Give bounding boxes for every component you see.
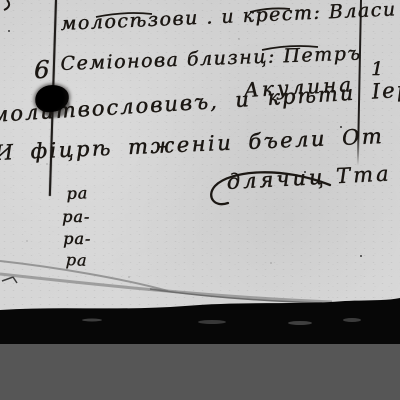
paper-specks [8, 30, 10, 32]
scanned-manuscript-page: 6 1 молосѣзови . и крест: Власи Семіонов… [0, 0, 400, 400]
right-margin-number: 1 [371, 58, 383, 80]
ra-column-item: ра- [63, 229, 91, 248]
row-number: 6 [34, 56, 49, 84]
ra-column-item: ра [66, 183, 88, 203]
ra-column-item: ра [65, 250, 87, 270]
ra-column-item: ра- [62, 207, 90, 226]
